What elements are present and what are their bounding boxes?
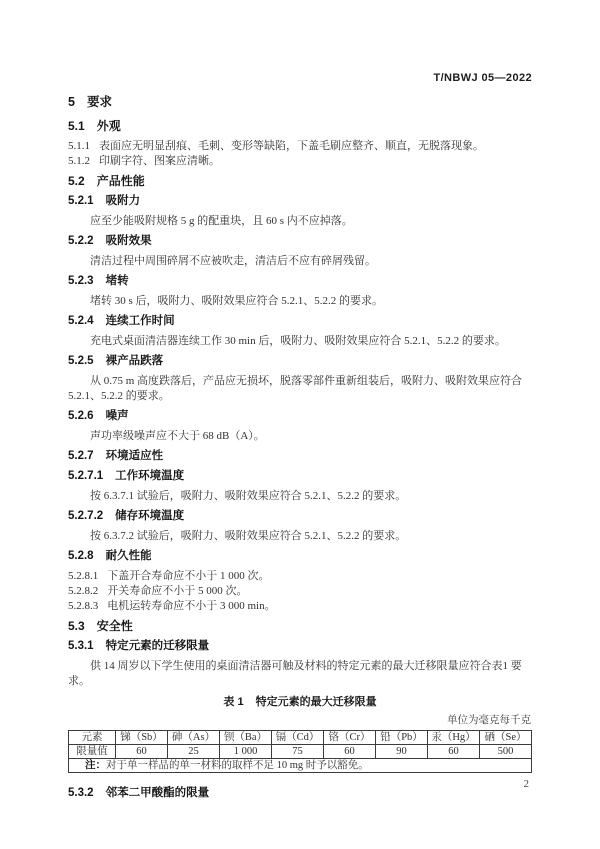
section-title: 安全性: [97, 619, 133, 633]
table1-col-header: 铅（Pb）: [376, 731, 428, 745]
clause-5-2-8-2: 5.2.8.2开关寿命应不小于 5 000 次。: [68, 584, 532, 599]
section-title: 噪声: [106, 410, 129, 422]
table1-col-header: 硒（Se）: [480, 731, 532, 745]
table1-label: 表 1: [223, 696, 243, 708]
clause-text: 开关寿命应不小于 5 000 次。: [107, 585, 247, 597]
section-title: 邻苯二甲酸酯的限量: [106, 787, 210, 799]
section-title: 吸附效果: [106, 235, 152, 247]
clause-number: 5.2.8.2: [68, 585, 98, 597]
paragraph: 充电式桌面清洁器连续工作 30 min 后，吸附力、吸附效果应符合 5.2.1、…: [68, 334, 532, 349]
section-heading-5-2-7-1: 5.2.7.1工作环境温度: [68, 469, 532, 484]
clause-text: 电机运转寿命应不小于 3 000 min。: [107, 600, 275, 612]
section-heading-5-2-8: 5.2.8耐久性能: [68, 549, 532, 564]
table1-value: 75: [272, 745, 324, 759]
section-heading-5-2-2: 5.2.2吸附效果: [68, 234, 532, 249]
table1-value: 25: [168, 745, 220, 759]
paragraph: 按 6.3.7.2 试验后，吸附力、吸附效果应符合 5.2.1、5.2.2 的要…: [68, 529, 532, 544]
table1-col-header: 汞（Hg）: [428, 731, 480, 745]
section-number: 5.2.7.2: [68, 510, 103, 522]
table1-col-header: 钡（Ba）: [220, 731, 272, 745]
table1-note: 注：对于单一样品的单一材料的取样不足 10 mg 时予以豁免。: [69, 759, 532, 773]
section-title: 吸附力: [106, 195, 141, 207]
table1-value: 90: [376, 745, 428, 759]
section-number: 5.3.1: [68, 640, 94, 652]
clause-5-1-1: 5.1.1表面应无明显刮痕、毛刺、变形等缺陷，下盖毛刷应整齐、顺直，无脱落现象。: [68, 139, 532, 154]
paragraph: 清洁过程中周围碎屑不应被吹走，清洁后不应有碎屑残留。: [68, 254, 532, 269]
section-title: 储存环境温度: [115, 510, 184, 522]
clause-number: 5.2.8.3: [68, 600, 98, 612]
table1-note-row: 注：对于单一样品的单一材料的取样不足 10 mg 时予以豁免。: [69, 759, 532, 773]
clause-number: 5.2.8.1: [68, 570, 98, 582]
clause-text: 表面应无明显刮痕、毛刺、变形等缺陷，下盖毛刷应整齐、顺直，无脱落现象。: [99, 140, 484, 152]
paragraph: 堵转 30 s 后，吸附力、吸附效果应符合 5.2.1、5.2.2 的要求。: [68, 294, 532, 309]
clause-number: 5.1.1: [68, 140, 90, 152]
table1-title: 表 1特定元素的最大迁移限量: [68, 695, 532, 710]
section-number: 5.2.6: [68, 410, 94, 422]
clause-text: 下盖开合寿命应不小于 1 000 次。: [107, 570, 269, 582]
section-heading-5-2-5: 5.2.5裸产品跌落: [68, 354, 532, 369]
table1-col-header: 镉（Cd）: [272, 731, 324, 745]
section-number: 5.2.1: [68, 195, 94, 207]
section-title: 裸产品跌落: [106, 355, 164, 367]
table1-header-row: 元素 锑（Sb） 砷（As） 钡（Ba） 镉（Cd） 铬（Cr） 铅（Pb） 汞…: [69, 731, 532, 745]
section-number: 5.2.5: [68, 355, 94, 367]
table1-value: 60: [116, 745, 168, 759]
table1: 元素 锑（Sb） 砷（As） 钡（Ba） 镉（Cd） 铬（Cr） 铅（Pb） 汞…: [68, 730, 532, 773]
section-title: 环境适应性: [106, 450, 164, 462]
section-heading-5-2-4: 5.2.4连续工作时间: [68, 314, 532, 329]
section-title: 产品性能: [97, 174, 145, 188]
clause-number: 5.1.2: [68, 155, 90, 167]
table1-value: 60: [324, 745, 376, 759]
table1-note-text: 对于单一样品的单一材料的取样不足 10 mg 时予以豁免。: [106, 760, 369, 771]
table1-note-prefix: 注：: [85, 759, 106, 771]
section-title: 特定元素的迁移限量: [106, 640, 210, 652]
table1-col-header: 锑（Sb）: [116, 731, 168, 745]
section-heading-5: 5要求: [68, 95, 532, 110]
document-page: T/NBWJ 05—2022 5要求 5.1外观 5.1.1表面应无明显刮痕、毛…: [0, 0, 600, 849]
section-title: 工作环境温度: [115, 470, 184, 482]
section-heading-5-3: 5.3安全性: [68, 619, 532, 634]
section-heading-5-2-1: 5.2.1吸附力: [68, 194, 532, 209]
table1-title-text: 特定元素的最大迁移限量: [256, 696, 377, 708]
section-heading-5-2-3: 5.2.3堵转: [68, 274, 532, 289]
section-number: 5.2.8: [68, 550, 94, 562]
section-number: 5.2.2: [68, 235, 94, 247]
page-number: 2: [524, 778, 530, 790]
section-title: 堵转: [106, 275, 129, 287]
section-number: 5.3.2: [68, 787, 94, 799]
section-number: 5.2: [68, 174, 85, 188]
section-heading-5-2-7: 5.2.7环境适应性: [68, 449, 532, 464]
section-heading-5-3-2: 5.3.2邻苯二甲酸酯的限量: [68, 786, 532, 801]
table1-col-header: 砷（As）: [168, 731, 220, 745]
table1-value: 60: [428, 745, 480, 759]
table1-limit-row: 限量值 60 25 1 000 75 60 90 60 500: [69, 745, 532, 759]
clause-5-1-2: 5.1.2印刷字符、图案应清晰。: [68, 154, 532, 169]
clause-5-2-8-3: 5.2.8.3电机运转寿命应不小于 3 000 min。: [68, 599, 532, 614]
section-number: 5.3: [68, 619, 85, 633]
standard-code: T/NBWJ 05—2022: [433, 72, 532, 84]
section-heading-5-3-1: 5.3.1特定元素的迁移限量: [68, 639, 532, 654]
section-number: 5.1: [68, 119, 85, 133]
table1-col-header: 铬（Cr）: [324, 731, 376, 745]
paragraph: 按 6.3.7.1 试验后，吸附力、吸附效果应符合 5.2.1、5.2.2 的要…: [68, 489, 532, 504]
table1-limit-label: 限量值: [69, 745, 116, 759]
section-heading-5-1: 5.1外观: [68, 119, 532, 134]
section-heading-5-2: 5.2产品性能: [68, 174, 532, 189]
section-number: 5.2.7: [68, 450, 94, 462]
section-heading-5-2-6: 5.2.6噪声: [68, 409, 532, 424]
section-heading-5-2-7-2: 5.2.7.2储存环境温度: [68, 509, 532, 524]
table1-value: 500: [480, 745, 532, 759]
section-title: 外观: [97, 119, 121, 133]
section-title: 连续工作时间: [106, 315, 175, 327]
paragraph: 从 0.75 m 高度跌落后，产品应无损坏，脱落零部件重新组装后，吸附力、吸附效…: [68, 374, 532, 404]
section-number: 5.2.4: [68, 315, 94, 327]
section-title: 要求: [87, 95, 112, 109]
paragraph: 应至少能吸附规格 5 g 的配重块，且 60 s 内不应掉落。: [68, 214, 532, 229]
section-number: 5: [68, 95, 75, 109]
section-number: 5.2.7.1: [68, 470, 103, 482]
section-number: 5.2.3: [68, 275, 94, 287]
paragraph: 声功率级噪声应不大于 68 dB（A）。: [68, 429, 532, 444]
table1-unit-note: 单位为毫克每千克: [68, 713, 531, 728]
table1-header-label: 元素: [69, 731, 116, 745]
clause-text: 印刷字符、图案应清晰。: [99, 155, 220, 167]
section-title: 耐久性能: [106, 550, 152, 562]
clause-5-2-8-1: 5.2.8.1下盖开合寿命应不小于 1 000 次。: [68, 569, 532, 584]
document-body: 5要求 5.1外观 5.1.1表面应无明显刮痕、毛刺、变形等缺陷，下盖毛刷应整齐…: [68, 95, 532, 806]
table1-value: 1 000: [220, 745, 272, 759]
paragraph: 供 14 周岁以下学生使用的桌面清洁器可触及材料的特定元素的最大迁移限量应符合表…: [68, 659, 532, 689]
